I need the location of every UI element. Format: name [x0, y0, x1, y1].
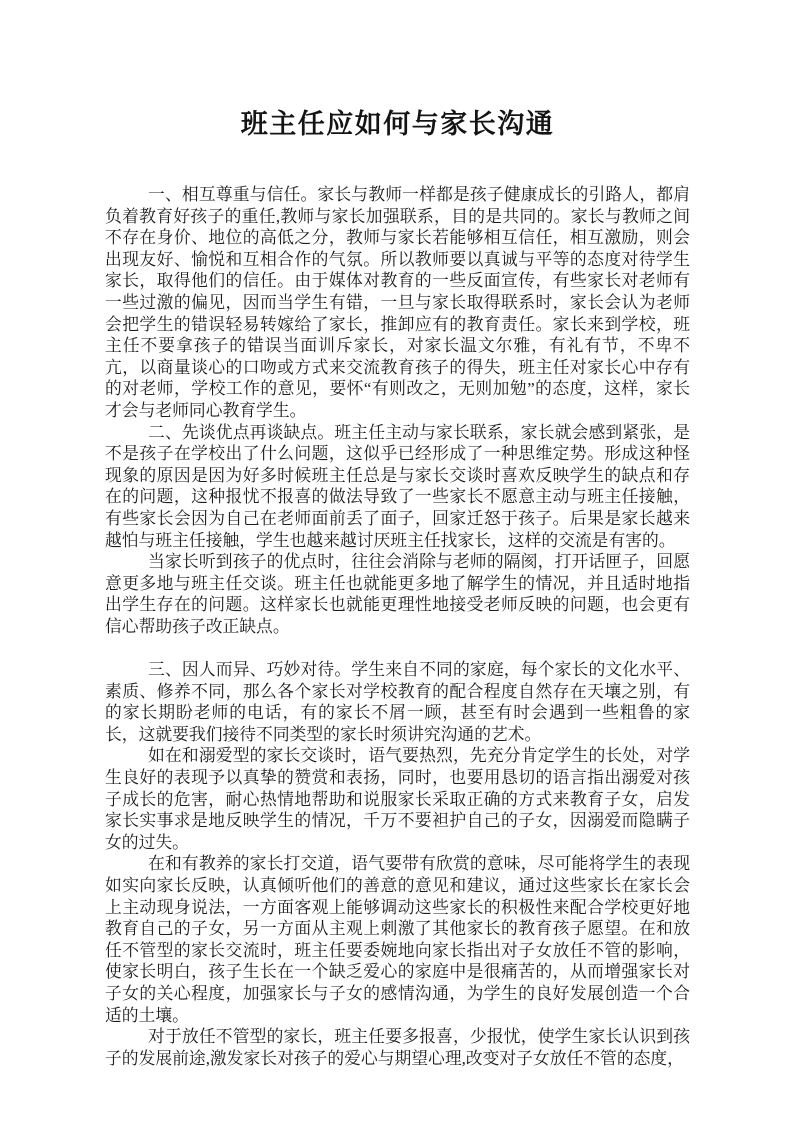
- document-body: 一、相互尊重与信任。家长与教师一样都是孩子健康成长的引路人，都肩负着教育好孩子的…: [105, 184, 690, 1069]
- document-title: 班主任应如何与家长沟通: [105, 109, 690, 140]
- paragraph-5: 如在和溺爱型的家长交谈时，语气要热烈，先充分肯定学生的长处，对学生良好的表现予以…: [105, 745, 690, 853]
- paragraph-6: 在和有教养的家长打交道，语气要带有欣赏的意味，尽可能将学生的表现如实向家长反映，…: [105, 853, 690, 1026]
- document-page: 班主任应如何与家长沟通 一、相互尊重与信任。家长与教师一样都是孩子健康成长的引路…: [0, 0, 793, 1122]
- paragraph-2: 二、先谈优点再谈缺点。班主任主动与家长联系，家长就会感到紧张，是不是孩子在学校出…: [105, 422, 690, 552]
- paragraph-3: 当家长听到孩子的优点时，往往会消除与老师的隔阂，打开话匣子，回愿意更多地与班主任…: [105, 551, 690, 637]
- paragraph-4: 三、因人而异、巧妙对待。学生来自不同的家庭，每个家长的文化水平、素质、修养不同，…: [105, 659, 690, 745]
- paragraph-1: 一、相互尊重与信任。家长与教师一样都是孩子健康成长的引路人，都肩负着教育好孩子的…: [105, 184, 690, 422]
- paragraph-7: 对于放任不管型的家长，班主任要多报喜，少报忧，使学生家长认识到孩子的发展前途,激…: [105, 1026, 690, 1069]
